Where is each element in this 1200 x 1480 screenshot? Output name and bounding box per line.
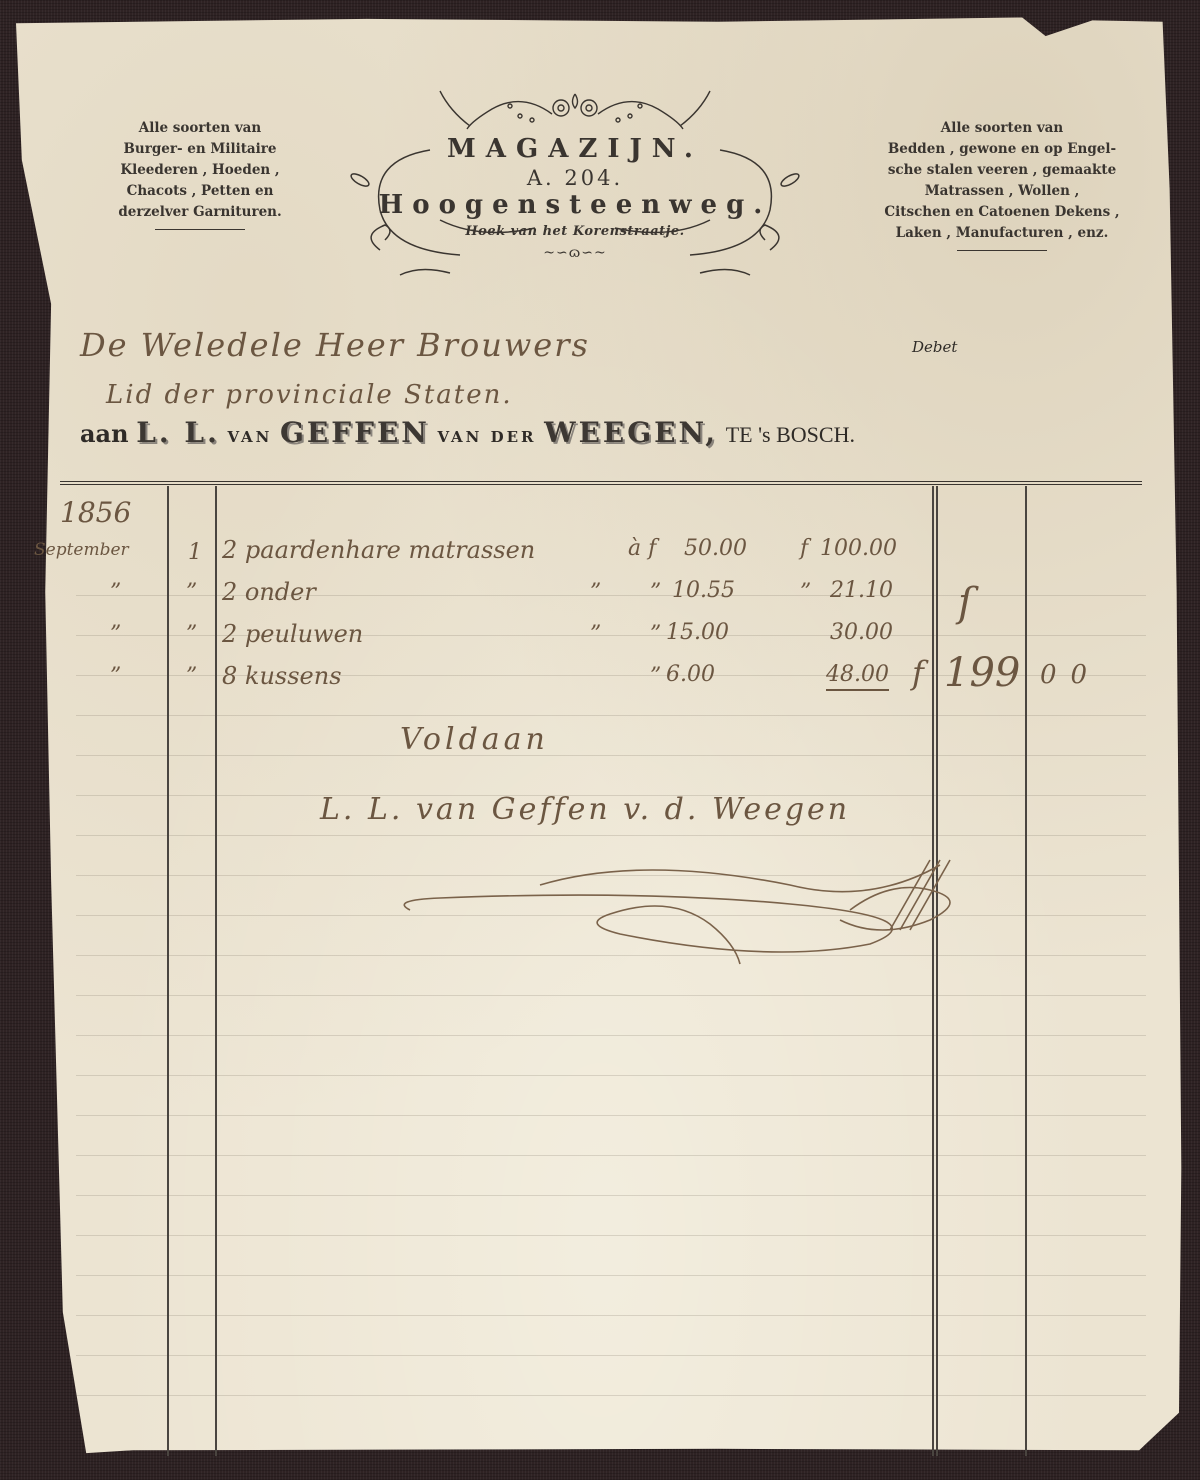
left-advert-line: Kleederen , Hoeden , [72,160,328,181]
line-item-unit-prefix: ” [650,580,661,605]
settlement-note: Voldaan [400,722,549,757]
line-item-ditto: ” [590,580,601,605]
line-item-month: ” [110,664,121,689]
right-advert-line: Alle soorten van [852,118,1152,139]
right-advert-line: sche stalen veeren , gemaakte [852,160,1152,181]
total-guilders: 199 [944,650,1020,696]
line-item-day: ” [186,580,197,605]
line-item-description: 2 peuluwen [222,620,363,648]
line-item-amount: 30.00 [830,620,893,645]
total-cents: 00 [1040,660,1101,690]
line-item-description: 8 kussens [222,662,342,690]
total-currency: f [912,654,924,692]
line-item-unit-price: 15.00 [666,620,729,645]
right-advert: Alle soorten van Bedden , gewone en op E… [852,118,1152,251]
line-item-unit-price: 50.00 [684,536,747,561]
amount-column-divider-double [936,486,938,1456]
day-column-divider [215,486,217,1456]
left-advert-line: Burger- en Militaire [72,139,328,160]
line-item-unit-price: 6.00 [666,662,715,687]
merchant-name-geffen: GEFFEN [280,416,430,449]
divider [155,229,245,230]
line-item-unit-prefix: ” [650,664,661,689]
scroll-flourish-icon [340,130,810,280]
merchant-line: aan L. L. VAN GEFFEN VAN DER WEEGEN, TE … [80,416,855,449]
merchant-prefix: aan [80,419,129,448]
merchant-van-der: VAN DER [438,428,537,446]
signature-flourish-icon [390,850,990,970]
divider [957,250,1047,251]
line-item-unit-prefix: à f [628,536,656,561]
line-item-month: September [34,540,129,560]
merchant-place: TE 's BOSCH. [726,422,855,447]
addressee-title: Lid der provinciale Staten. [106,380,513,410]
line-item-amount: 100.00 [820,536,897,561]
debet-label: Debet [912,338,957,356]
line-item-amount: 21.10 [830,578,893,603]
cents-column-divider [1025,486,1027,1456]
line-item-day: ” [186,622,197,647]
line-item-description: 2 paardenhare matrassen [222,536,535,564]
right-advert-line: Laken , Manufacturen , enz. [852,223,1152,244]
amount-column-divider [932,486,934,1456]
right-advert-line: Matrassen , Wollen , [852,181,1152,202]
signature: L. L. van Geffen v. d. Weegen [320,792,850,827]
left-advert: Alle soorten van Burger- en Militaire Kl… [72,118,328,230]
line-item-unit-prefix: ” [650,622,661,647]
left-advert-line: derzelver Garnituren. [72,202,328,223]
line-item-month: ” [110,622,121,647]
date-column-divider [167,486,169,1456]
line-item-amount: 48.00 [826,662,889,691]
right-advert-line: Citschen en Catoenen Dekens , [852,202,1152,223]
shop-header: MAGAZIJN. A. 204. Hoogensteenweg. Hoek v… [340,90,810,261]
line-item-unit-price: 10.55 [672,578,735,603]
ledger-year: 1856 [60,496,131,529]
left-advert-line: Chacots , Petten en [72,181,328,202]
ledger-header-rule [60,481,1142,485]
line-item-day: ” [186,664,197,689]
merchant-name-weegen: WEEGEN, [544,416,718,449]
left-advert-line: Alle soorten van [72,118,328,139]
total-flourish-icon: ſ [958,580,973,626]
line-item-ditto: ” [590,622,601,647]
merchant-initials: L. L. [136,416,220,449]
addressee-name: De Weledele Heer Brouwers [80,326,590,364]
line-item-day: 1 [188,540,202,565]
line-item-amount-prefix: f [800,536,808,561]
line-item-month: ” [110,580,121,605]
line-item-amount-prefix: ” [800,580,811,605]
line-item-description: 2 onder [222,578,316,606]
right-advert-line: Bedden , gewone en op Engel- [852,139,1152,160]
merchant-van: VAN [227,428,272,446]
